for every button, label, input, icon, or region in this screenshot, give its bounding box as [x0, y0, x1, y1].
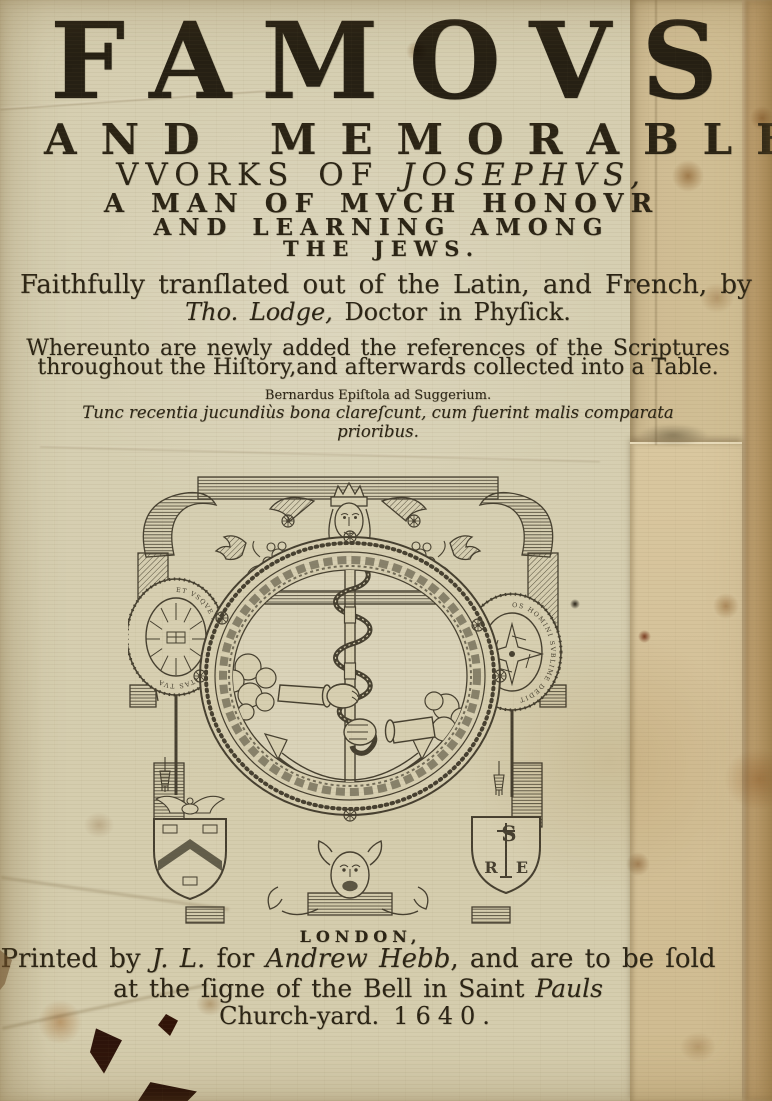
monogram-shield: S R E — [472, 817, 540, 893]
translator-title: Doctor in Phyſick. — [333, 298, 571, 326]
tassel-left-icon — [160, 757, 170, 792]
title-author-name: JOSEPHVS, — [402, 157, 647, 193]
translator-name: Tho. Lodge, — [185, 298, 333, 326]
tassel-right-icon — [494, 761, 504, 796]
scanned-title-page: FAMOVS AND MEMORABLE VVORKS OF JOSEPHVS,… — [0, 0, 772, 1101]
imprint-text: Printed by — [0, 944, 151, 974]
translation-statement: Faithfully tranſlated out of the Latin, … — [20, 272, 736, 298]
bookseller-name: Andrew Hebb — [266, 944, 451, 974]
page-right-edge — [742, 0, 772, 1101]
imprint-place-name: Pauls — [535, 974, 603, 1003]
main-title: FAMOVS — [20, 8, 736, 114]
monogram-letter-e: E — [516, 858, 528, 877]
bird-right-icon — [450, 536, 480, 560]
tear-hole — [88, 1024, 128, 1078]
imprint-text: , and are to be ſold — [450, 944, 715, 974]
imprint-city: LONDON, — [0, 929, 716, 945]
imprint-text: at the ſigne of the Bell in Saint — [113, 974, 535, 1003]
title-line-3: VVORKS OF JOSEPHVS, — [20, 160, 736, 191]
stain — [570, 599, 580, 609]
addendum-line-2: throughout the Hiſtory,and afterwards co… — [20, 357, 736, 379]
title-line-6: THE JEWS. — [20, 238, 736, 259]
imprint-line-3: Church-yard.1640. — [0, 1004, 716, 1028]
translator-line: Tho. Lodge, Doctor in Phyſick. — [20, 300, 736, 324]
tear-hole — [138, 1080, 200, 1101]
monogram-letter-r: R — [484, 858, 498, 877]
epigraph-source: Bernardus Epiſtola ad Suggerium. — [20, 389, 736, 402]
imprint-text: Church-yard. — [219, 1002, 379, 1030]
title-line-2: AND MEMORABLE — [20, 119, 736, 161]
stain — [84, 812, 114, 838]
publication-year: 1640. — [393, 1002, 497, 1030]
monogram-letter-s: S — [501, 821, 516, 846]
imprint-text: for — [205, 944, 265, 974]
anchor-serpent-device-icon: ET VSQVE AD NVBES VERITAS TVA OS HOMINI … — [128, 457, 568, 935]
imprint-line-2: at the ſigne of the Bell in Saint Pauls — [0, 976, 716, 1001]
printer-initials: J. L. — [152, 944, 205, 974]
printer-device-engraving: ET VSQVE AD NVBES VERITAS TVA OS HOMINI … — [128, 457, 568, 935]
bird-left-icon — [216, 536, 246, 560]
imprint-line-1: Printed by J. L. for Andrew Hebb, and ar… — [0, 946, 716, 972]
title-line-3-text: VVORKS OF — [116, 157, 379, 193]
repair-patch — [630, 442, 742, 1101]
epigraph-quote-2: prioribus. — [20, 424, 736, 441]
epigraph-quote-1: Tunc recentia jucundiùs bona clareſcunt,… — [20, 405, 736, 422]
